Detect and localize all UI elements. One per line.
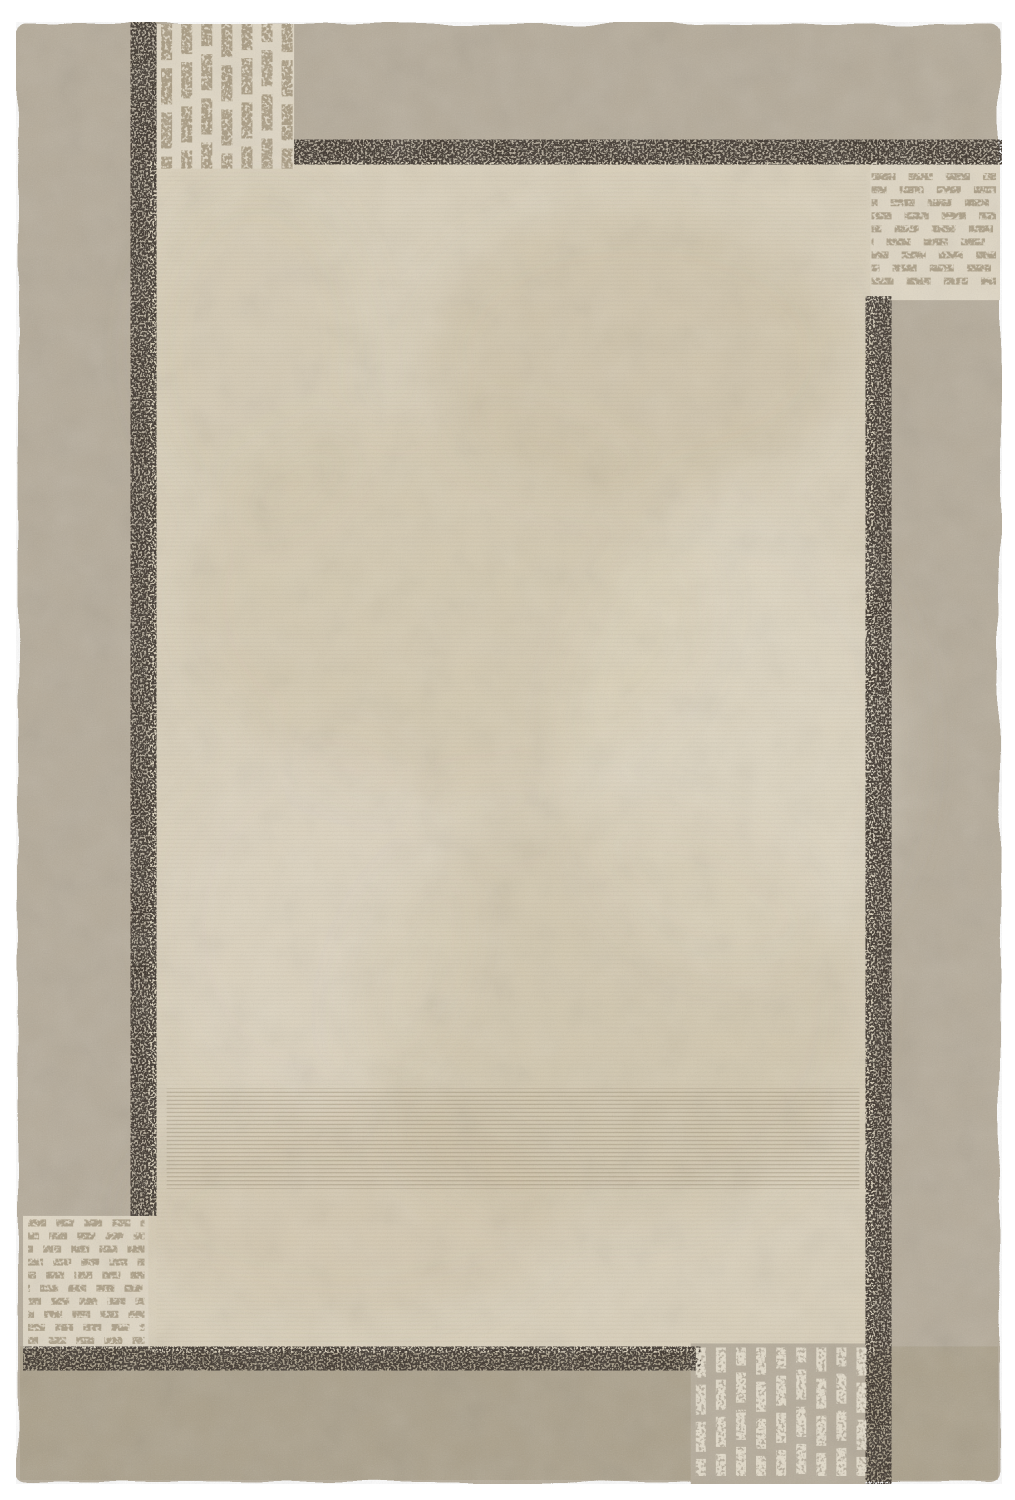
grain-overlay xyxy=(16,22,1002,1484)
rug-photo xyxy=(16,22,1002,1484)
photo-canvas xyxy=(0,0,1015,1500)
